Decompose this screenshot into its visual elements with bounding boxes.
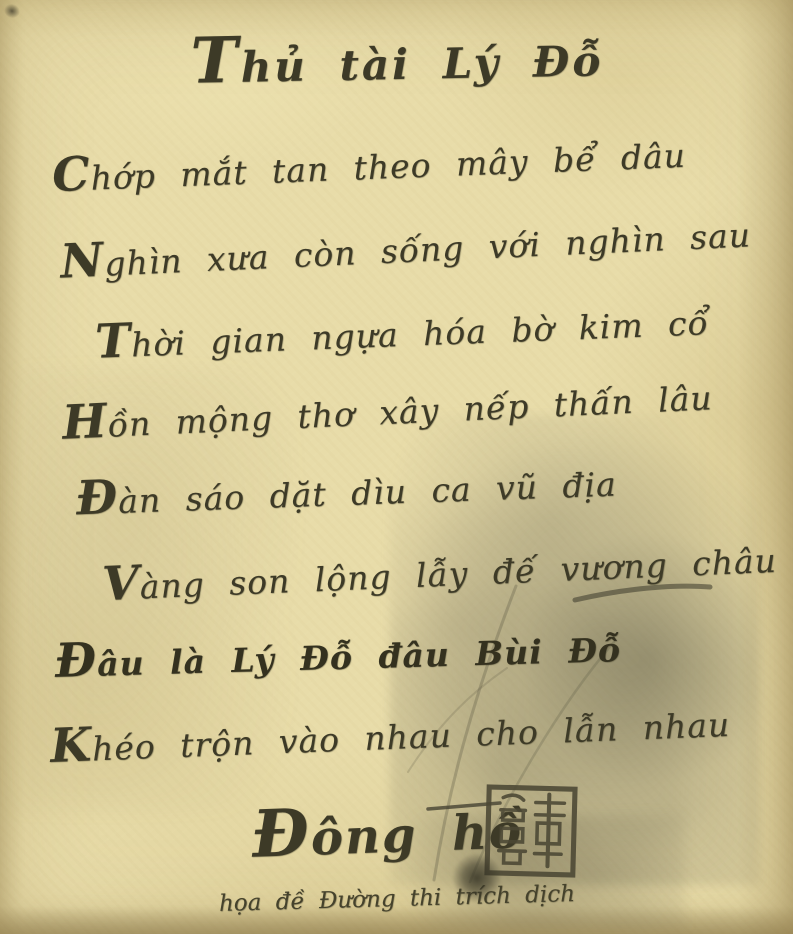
poem-title: Thủ tài Lý Đỗ xyxy=(190,16,604,97)
poem-line-2: Nghìn xưa còn sống với nghìn sau xyxy=(59,203,752,289)
poem-line-3: Thời gian ngựa hóa bờ kim cổ xyxy=(94,291,709,370)
caption-line: họa đề Đường thi trích dịch xyxy=(218,881,575,917)
poem-line-6: Vàng son lộng lẫy đế vương châu xyxy=(101,529,778,612)
ink-knot-blob xyxy=(452,853,502,903)
poem-line-8: Khéo trộn vào nhau cho lẫn nhau xyxy=(49,693,731,774)
poem-line-7: Đâu là Lý Đỗ đâu Bùi Đỗ xyxy=(54,618,621,689)
corner-ink-mark xyxy=(2,2,22,21)
poem-line-4: Hồn mộng thơ xây nếp thấn lâu xyxy=(61,366,713,450)
scanned-poem-page: Thủ tài Lý Đỗ Chớp mắt tan theo mây bể d… xyxy=(0,0,793,934)
poem-line-5: Đàn sáo dặt dìu ca vũ địa xyxy=(75,453,617,527)
poem-line-1: Chớp mắt tan theo mây bể dâu xyxy=(51,124,687,203)
